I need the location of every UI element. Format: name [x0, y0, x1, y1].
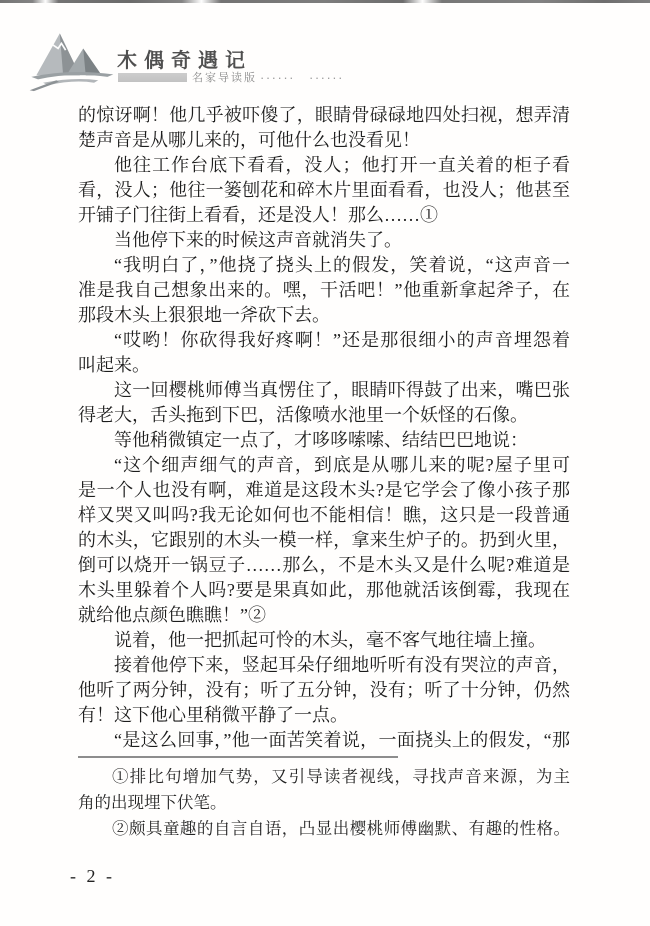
text-line: 接着他停下来，竖起耳朵仔细地听听有没有哭泣的声音， — [78, 653, 570, 678]
edition-bar — [118, 73, 187, 82]
mountain-logo-icon — [28, 28, 120, 94]
footnote-divider — [78, 756, 398, 758]
text-line: 那段木头上狠狠地一斧砍下去。 — [78, 303, 570, 328]
body-text: 的惊讶啊！他几乎被吓傻了，眼睛骨碌碌地四处扫视，想弄清楚声音是从哪儿来的，可他什… — [78, 103, 570, 753]
text-line: 就给他点颜色瞧瞧！”② — [78, 603, 570, 628]
text-line: 看，没人；他往一篓刨花和碎木片里面看看，也没人；他甚至打 — [78, 178, 570, 203]
text-line: 说着，他一把抓起可怜的木头，毫不客气地往墙上撞。 — [78, 628, 570, 653]
text-line: 是一个人也没有啊，难道是这段木头?是它学会了像小孩子那 — [78, 478, 570, 503]
text-line: 开铺子门往街上看看，还是没人！那么……① — [78, 203, 570, 228]
edition-row: 名家导读版 ······ ······ — [118, 70, 344, 84]
footnotes: ①排比句增加气势，又引导读者视线，寻找声音来源，为主角的出现埋下伏笔。②颇具童趣… — [78, 764, 570, 842]
text-line: 叫起来。 — [78, 353, 570, 378]
text-line: “这个细声细气的声音，到底是从哪儿来的呢?屋子里可 — [78, 453, 570, 478]
text-line: 得老大，舌头拖到下巴，活像喷水池里一个妖怪的石像。 — [78, 403, 570, 428]
text-line: 当他停下来的时候这声音就消失了。 — [78, 228, 570, 253]
page-header: 木偶奇遇记 名家导读版 ······ ······ — [0, 0, 650, 100]
text-line: “是这么回事，”他一面苦笑着说，一面挠头上的假发，“那 — [78, 728, 570, 753]
text-line: 样又哭又叫吗?我无论如何也不能相信！瞧，这只是一段普通 — [78, 503, 570, 528]
text-line: 他听了两分钟，没有；听了五分钟，没有；听了十分钟，仍然没 — [78, 678, 570, 703]
text-line: 他往工作台底下看看，没人；他打开一直关着的柜子看 — [78, 153, 570, 178]
edition-dots-left: ······ — [260, 70, 295, 85]
text-line: 的惊讶啊！他几乎被吓傻了，眼睛骨碌碌地四处扫视，想弄清 — [78, 103, 570, 128]
text-line: 木头里躲着个人吗?要是果真如此，那他就活该倒霉，我现在 — [78, 578, 570, 603]
edition-label: 名家导读版 — [192, 69, 257, 85]
text-line: ①排比句增加气势，又引导读者视线，寻找声音来源，为主 — [78, 764, 570, 790]
text-line: 的木头，它跟别的木头一模一样，拿来生炉子的。扔到火里， — [78, 528, 570, 553]
text-line: 角的出现埋下伏笔。 — [78, 790, 570, 816]
text-line: 等他稍微镇定一点了，才哆哆嗦嗦、结结巴巴地说： — [78, 428, 570, 453]
text-line: 这一回樱桃师傅当真愣住了，眼睛吓得鼓了出来，嘴巴张 — [78, 378, 570, 403]
text-line: ②颇具童趣的自言自语，凸显出樱桃师傅幽默、有趣的性格。 — [78, 816, 570, 842]
text-line: “我明白了，”他挠了挠头上的假发，笑着说，“这声音一 — [78, 253, 570, 278]
text-line: 楚声音是从哪儿来的，可他什么也没看见！ — [78, 128, 570, 153]
text-line: 倒可以烧开一锅豆子……那么，不是木头又是什么呢?难道是 — [78, 553, 570, 578]
edition-dots-right: ······ — [309, 70, 344, 85]
page-number: - 2 - — [70, 866, 115, 887]
text-line: “哎哟！你砍得我好疼啊！”还是那很细小的声音埋怨着 — [78, 328, 570, 353]
text-line: 有！这下他心里稍微平静了一点。 — [78, 703, 570, 728]
text-line: 准是我自己想象出来的。嘿，干活吧！”他重新拿起斧子，在 — [78, 278, 570, 303]
